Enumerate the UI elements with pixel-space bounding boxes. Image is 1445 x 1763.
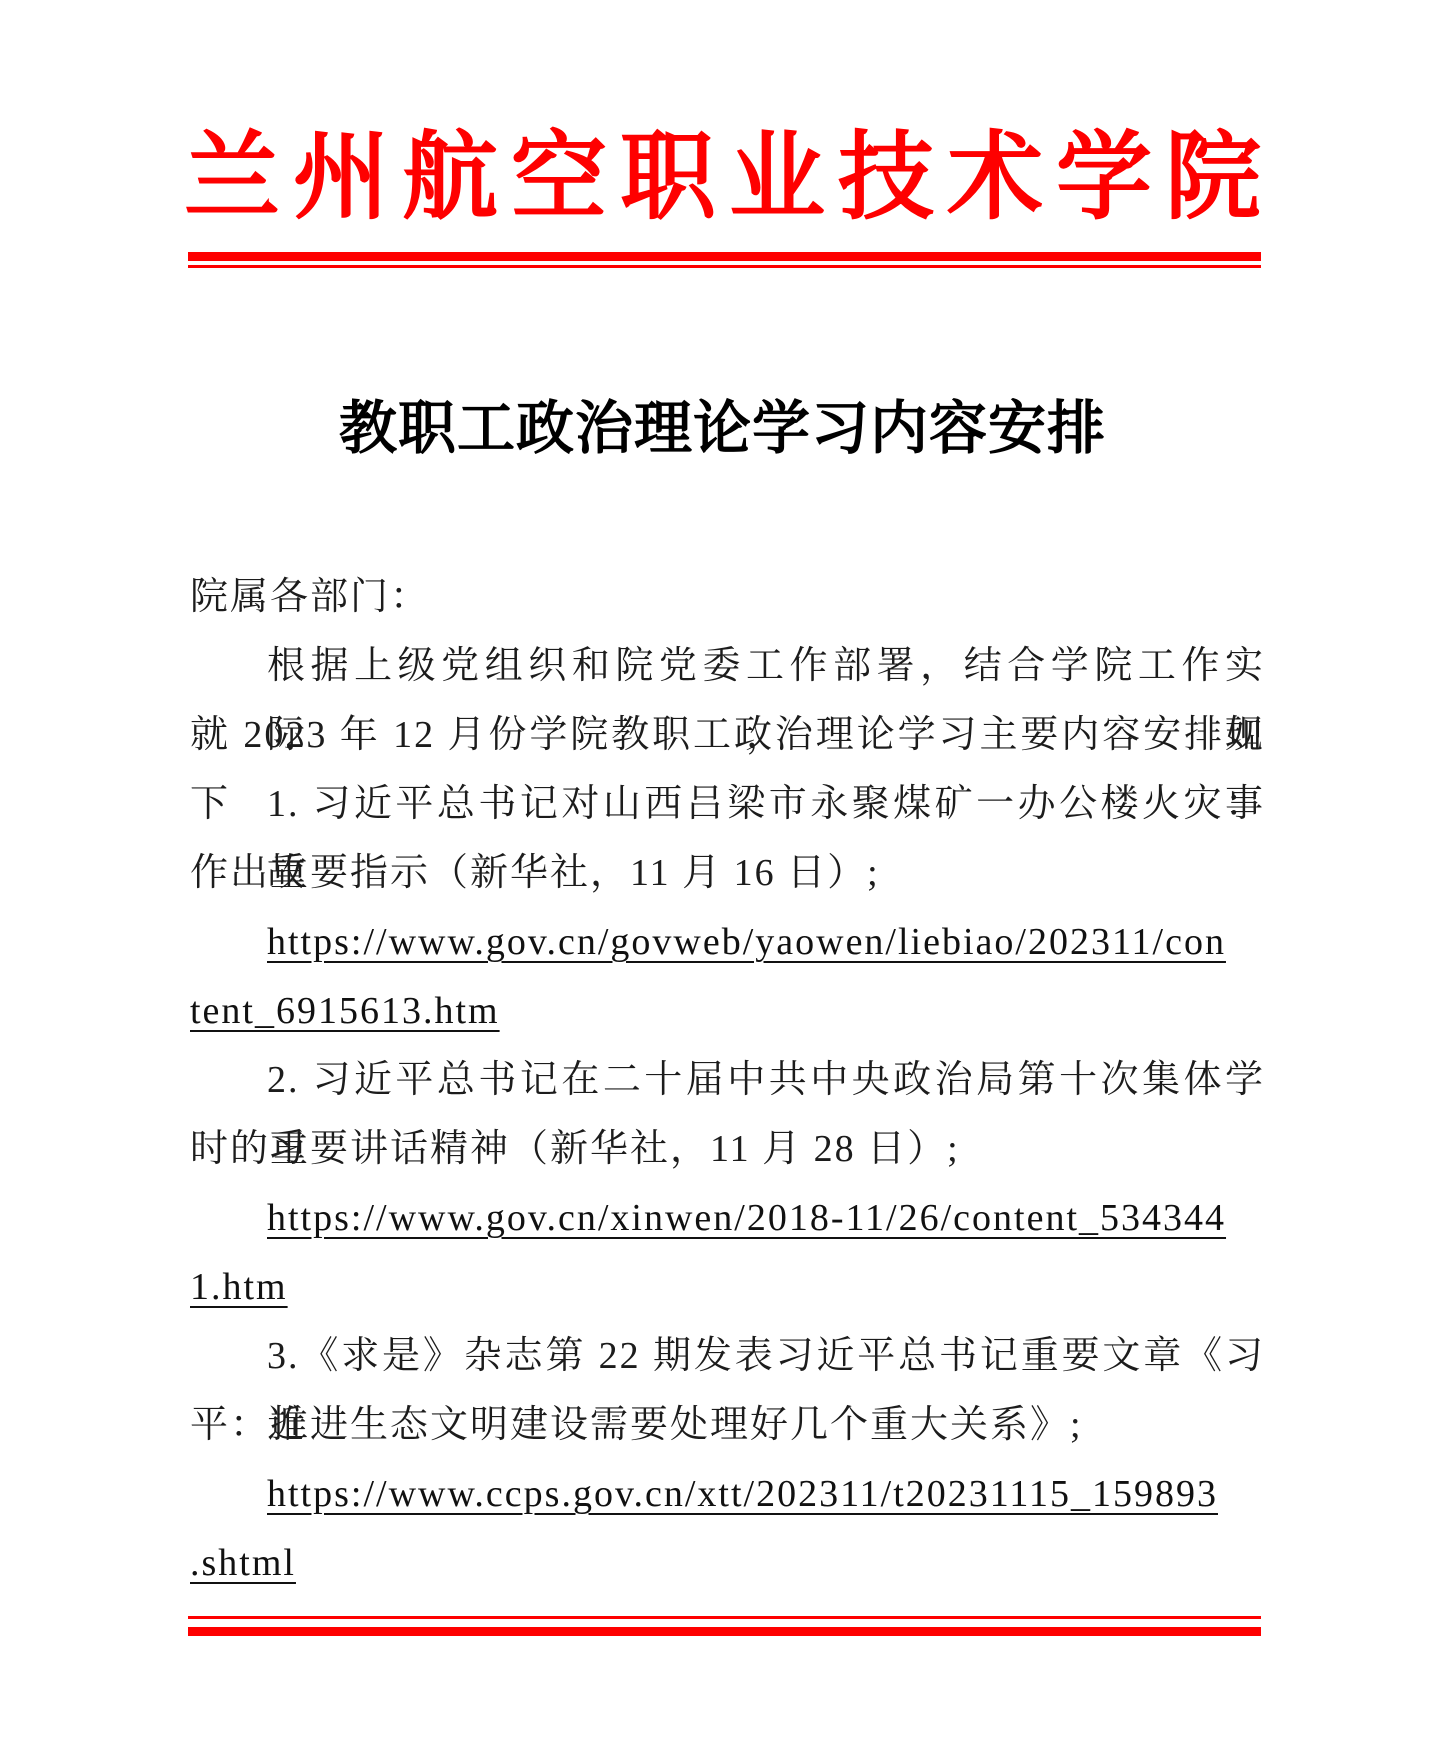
item2-line-1: 2. 习近平总书记在二十届中共中央政治局第十次集体学习 (190, 1046, 1265, 1115)
footer-rule-thick (188, 1627, 1261, 1636)
document-title: 教职工政治理论学习内容安排 (0, 397, 1445, 461)
item1-line-2: 作出重要指示（新华社，11 月 16 日）; (190, 839, 1265, 908)
item3-line-2: 平：推进生态文明建设需要处理好几个重大关系》; (190, 1391, 1265, 1460)
footer-rule-thin (188, 1616, 1261, 1619)
institution-title: 兰州航空职业技术学院 (0, 130, 1445, 226)
item3-url-line-2[interactable]: .shtml (190, 1529, 1265, 1598)
item1-line-1: 1. 习近平总书记对山西吕梁市永聚煤矿一办公楼火灾事故 (190, 770, 1265, 839)
salutation-line: 院属各部门： (190, 563, 1265, 632)
header-rule-thick (188, 252, 1261, 261)
item3-line-1: 3.《求是》杂志第 22 期发表习近平总书记重要文章《习近 (190, 1322, 1265, 1391)
intro-line-2: 就 2023 年 12 月份学院教职工政治理论学习主要内容安排如下： (190, 701, 1265, 770)
intro-line-1: 根据上级党组织和院党委工作部署，结合学院工作实际，现 (190, 632, 1265, 701)
item3-url-line-1[interactable]: https://www.ccps.gov.cn/xtt/202311/t2023… (190, 1460, 1265, 1529)
item2-url-line-1[interactable]: https://www.gov.cn/xinwen/2018-11/26/con… (190, 1184, 1265, 1253)
item2-url-line-2[interactable]: 1.htm (190, 1253, 1265, 1322)
item2-line-2: 时的重要讲话精神（新华社，11 月 28 日）; (190, 1115, 1265, 1184)
page-root: { "colors": { "accent_red": "#fe0000", "… (0, 0, 1445, 1763)
item1-url-line-1[interactable]: https://www.gov.cn/govweb/yaowen/liebiao… (190, 908, 1265, 977)
item1-url-line-2[interactable]: tent_6915613.htm (190, 977, 1265, 1046)
header-rule-thin (188, 265, 1261, 268)
document-body: 院属各部门： 根据上级党组织和院党委工作部署，结合学院工作实际，现 就 2023… (190, 563, 1265, 1598)
